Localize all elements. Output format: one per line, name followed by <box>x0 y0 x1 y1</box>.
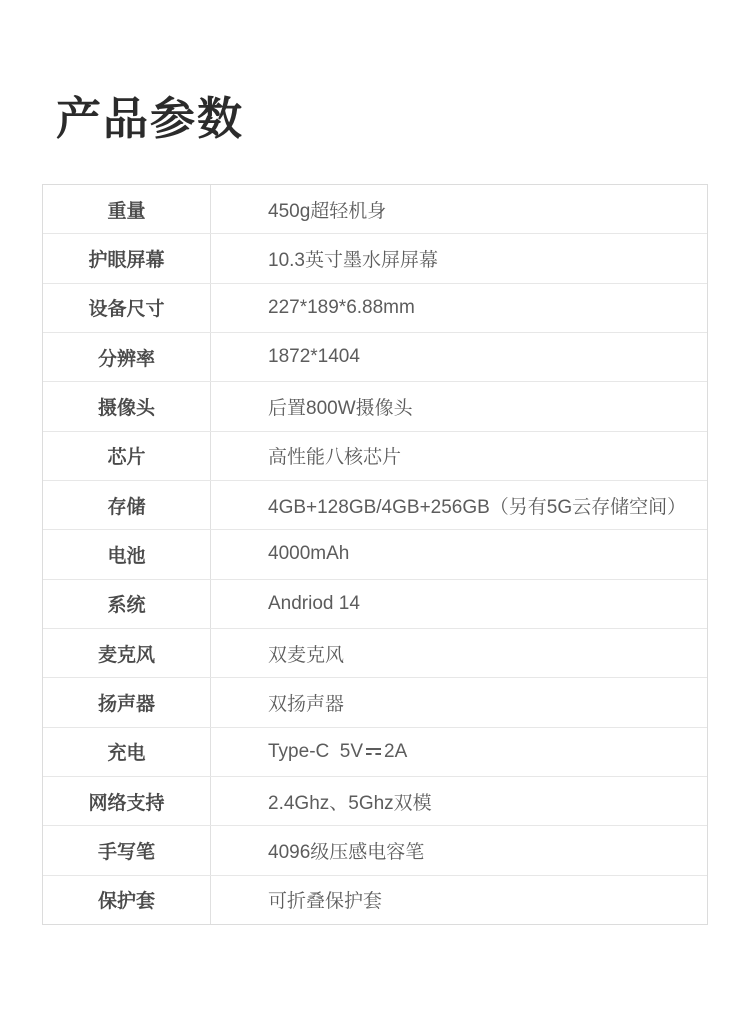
spec-value: 4GB+128GB/4GB+256GB（另有5G云存储空间） <box>211 481 707 529</box>
spec-row-microphone: 麦克风 双麦克风 <box>43 629 707 678</box>
spec-label: 芯片 <box>43 432 211 480</box>
spec-row-weight: 重量 450g超轻机身 <box>43 185 707 234</box>
spec-row-network: 网络支持 2.4Ghz、5Ghz双模 <box>43 777 707 826</box>
spec-row-battery: 电池 4000mAh <box>43 530 707 579</box>
spec-value: 4096级压感电容笔 <box>211 826 707 874</box>
product-parameters-page: 产品参数 重量 450g超轻机身 护眼屏幕 10.3英寸墨水屏屏幕 设备尺寸 2… <box>0 0 750 1010</box>
spec-label: 设备尺寸 <box>43 284 211 332</box>
spec-value: 1872*1404 <box>211 333 707 381</box>
spec-label: 存储 <box>43 481 211 529</box>
spec-label: 摄像头 <box>43 382 211 430</box>
spec-value: 227*189*6.88mm <box>211 284 707 332</box>
spec-label: 充电 <box>43 728 211 776</box>
spec-row-screen: 护眼屏幕 10.3英寸墨水屏屏幕 <box>43 234 707 283</box>
spec-value: 双扬声器 <box>211 678 707 726</box>
spec-value: 2.4Ghz、5Ghz双模 <box>211 777 707 825</box>
spec-label: 麦克风 <box>43 629 211 677</box>
spec-label: 分辨率 <box>43 333 211 381</box>
spec-label: 扬声器 <box>43 678 211 726</box>
spec-label: 保护套 <box>43 876 211 924</box>
spec-value: 后置800W摄像头 <box>211 382 707 430</box>
spec-value: 高性能八核芯片 <box>211 432 707 480</box>
spec-row-camera: 摄像头 后置800W摄像头 <box>43 382 707 431</box>
dc-current-symbol-icon <box>366 748 381 757</box>
spec-value: 可折叠保护套 <box>211 876 707 924</box>
charging-value-before: Type-C 5V <box>268 741 363 763</box>
spec-row-charging: 充电 Type-C 5V2A <box>43 728 707 777</box>
spec-row-system: 系统 Andriod 14 <box>43 580 707 629</box>
spec-table: 重量 450g超轻机身 护眼屏幕 10.3英寸墨水屏屏幕 设备尺寸 227*18… <box>42 184 708 925</box>
spec-value: Type-C 5V2A <box>211 728 707 776</box>
spec-label: 系统 <box>43 580 211 628</box>
spec-row-speaker: 扬声器 双扬声器 <box>43 678 707 727</box>
spec-label: 护眼屏幕 <box>43 234 211 282</box>
spec-value: Andriod 14 <box>211 580 707 628</box>
spec-value: 10.3英寸墨水屏屏幕 <box>211 234 707 282</box>
spec-row-stylus: 手写笔 4096级压感电容笔 <box>43 826 707 875</box>
spec-value: 450g超轻机身 <box>211 185 707 233</box>
spec-label: 重量 <box>43 185 211 233</box>
charging-value-after: 2A <box>384 741 407 763</box>
spec-row-case: 保护套 可折叠保护套 <box>43 876 707 924</box>
spec-row-storage: 存储 4GB+128GB/4GB+256GB（另有5G云存储空间） <box>43 481 707 530</box>
spec-row-chip: 芯片 高性能八核芯片 <box>43 432 707 481</box>
spec-value: 4000mAh <box>211 530 707 578</box>
spec-value: 双麦克风 <box>211 629 707 677</box>
page-title: 产品参数 <box>56 94 244 144</box>
spec-label: 手写笔 <box>43 826 211 874</box>
spec-label: 电池 <box>43 530 211 578</box>
spec-row-dimensions: 设备尺寸 227*189*6.88mm <box>43 284 707 333</box>
spec-label: 网络支持 <box>43 777 211 825</box>
spec-row-resolution: 分辨率 1872*1404 <box>43 333 707 382</box>
